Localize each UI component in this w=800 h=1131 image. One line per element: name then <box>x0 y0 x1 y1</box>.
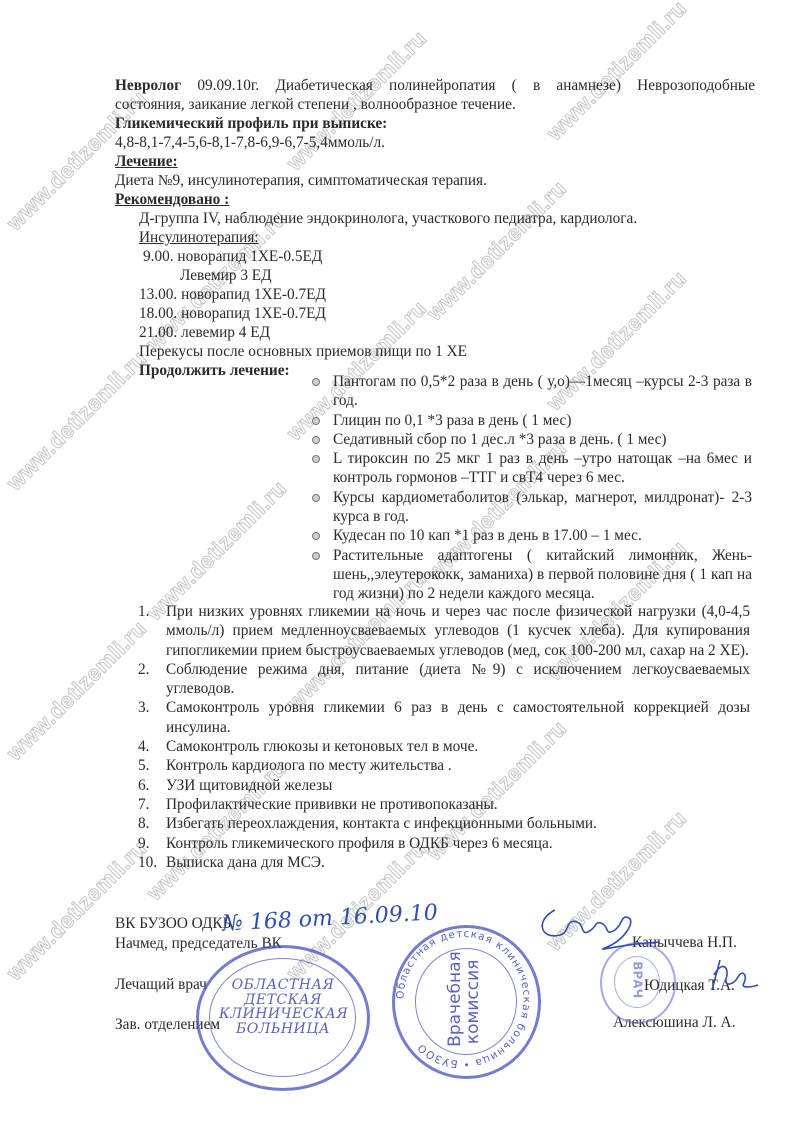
watermark-text: www.detizemli.ru <box>2 835 153 986</box>
recommendation-item: 3.Самоконтроль уровня гликемии 6 раз в д… <box>138 698 750 737</box>
item-number: 4. <box>138 737 149 756</box>
recommendation-item: 9.Контроль гликемического профиля в ОДКБ… <box>138 834 750 853</box>
recommendation-item: 2.Соблюдение режима дня, питание (диета … <box>138 660 750 699</box>
bullet-icon <box>312 436 320 444</box>
recommended-title: Рекомендовано : <box>115 190 229 209</box>
attending-doctor-label: Лечащий врач <box>115 976 207 994</box>
bullet-icon <box>312 378 320 386</box>
item-text: Избегать переохлаждения, контакта с инфе… <box>166 814 750 833</box>
commission-stamp-text: Врачебнаякомиссия <box>447 957 483 1047</box>
recommendation-item: 5.Контроль кардиолога по месту жительств… <box>138 756 750 775</box>
watermark-text: www.detizemli.ru <box>422 175 573 326</box>
watermark-text: www.detizemli.ru <box>2 345 153 496</box>
hospital-round-stamp: ОБЛАСТНАЯДЕТСКАЯКЛИНИЧЕСКАЯБОЛЬНИЦА <box>196 945 370 1091</box>
item-text: УЗИ щитовидной железы <box>166 776 750 795</box>
glycemic-profile-values: 4,8-8,1-7,4-5,6-8,1-7,8-6,9-6,7-5,4ммоль… <box>115 133 385 152</box>
recommendations-list: 1.При низких уровнях гликемии на ночь и … <box>138 602 750 872</box>
recommendation-item: 10.Выписка дана для МСЭ. <box>138 853 750 872</box>
commission-label: ВК БУЗОО ОДКБ <box>115 915 231 932</box>
item-number: 6. <box>138 776 149 795</box>
doctor-stamp-text: ВРАЧ <box>631 961 644 991</box>
item-text: Самоконтроль уровня гликемии 6 раз в ден… <box>166 698 750 737</box>
watermark-text: www.detizemli.ru <box>2 615 153 766</box>
item-text: Седативный сбор по 1 дес.л *3 раза в ден… <box>333 430 752 449</box>
recommendation-item: 7.Профилактические прививки не противопо… <box>138 795 750 814</box>
medical-commission-stamp: Областная детская клиническая больница •… <box>392 925 541 1079</box>
insulin-therapy-title: Инсулинотерапия: <box>139 228 259 247</box>
continue-treatment-item: Кудесан по 10 кап *1 раз в день в 17.00 … <box>312 526 752 545</box>
item-text: L тироксин по 25 мкг 1 раз в день –утро … <box>333 449 752 488</box>
item-text: Профилактические прививки не противопока… <box>166 795 750 814</box>
insulin-schedule-item: Левемир 3 ЕД <box>180 266 272 285</box>
stamp-line: ОБЛАСТНАЯ <box>219 978 347 993</box>
neurologist-text: 09.09.10г. Диабетическая полинейропатия … <box>181 77 755 94</box>
bullet-icon <box>312 532 320 540</box>
commission-line: ВК БУЗОО ОДКБ <box>115 915 231 933</box>
hospital-stamp-text: ОБЛАСТНАЯДЕТСКАЯКЛИНИЧЕСКАЯБОЛЬНИЦА <box>219 978 347 1037</box>
insulin-schedule-item: 21.00. левемир 4 ЕД <box>139 323 270 342</box>
chair-signature <box>525 900 665 960</box>
neurologist-line-1: Невролог 09.09.10г. Диабетическая полине… <box>115 76 755 95</box>
recommendation-item: 6.УЗИ щитовидной железы <box>138 776 750 795</box>
insulin-schedule-item: 18.00. новорапид 1ХЕ-0.7ЕД <box>139 304 326 323</box>
insulin-schedule-item: 9.00. новорапид 1ХЕ-0.5ЕД <box>143 247 322 266</box>
item-text: Соблюдение режима дня, питание (диета №9… <box>166 660 750 699</box>
recommendation-item: 1.При низких уровнях гликемии на ночь и … <box>138 602 750 660</box>
item-number: 1. <box>138 602 149 621</box>
item-number: 2. <box>138 660 149 679</box>
item-number: 7. <box>138 795 149 814</box>
recommendation-item: 8.Избегать переохлаждения, контакта с ин… <box>138 814 750 833</box>
discharge-summary-page: www.detizemli.ruwww.detizemli.ruwww.deti… <box>0 0 800 1131</box>
treatment-title: Лечение: <box>115 152 178 171</box>
bullet-icon <box>312 417 320 425</box>
watermark-text: www.detizemli.ru <box>542 0 693 146</box>
continue-treatment-item: Пантогам по 0,5*2 раза в день ( у,о)—1ме… <box>312 372 752 411</box>
item-text: Самоконтроль глюкозы и кетоновых тел в м… <box>166 737 750 756</box>
continue-treatment-item: Курсы кардиометаболитов (элькар, магнеро… <box>312 488 752 527</box>
continue-treatment-list: Пантогам по 0,5*2 раза в день ( у,о)—1ме… <box>312 372 752 604</box>
glycemic-profile-title: Гликемический профиль при выписке: <box>115 114 387 133</box>
item-number: 10. <box>138 853 157 872</box>
item-text: При низких уровнях гликемии на ночь и че… <box>166 602 750 660</box>
recommended-text: Д-группа IV, наблюдение эндокринолога, у… <box>139 209 637 228</box>
bullet-icon <box>312 494 320 502</box>
neurologist-label: Невролог <box>115 77 181 94</box>
bullet-icon <box>312 455 320 463</box>
continue-treatment-item: Глицин по 0,1 *3 раза в день ( 1 мес) <box>312 411 752 430</box>
treatment-text: Диета №9, инсулинотерапия, симптоматичес… <box>115 171 487 190</box>
item-text: Растительные адаптогены ( китайский лимо… <box>333 546 752 604</box>
snacks-note: Перекусы после основных приемов пищи по … <box>139 342 467 361</box>
continue-treatment-item: L тироксин по 25 мкг 1 раз в день –утро … <box>312 449 752 488</box>
item-number: 9. <box>138 834 149 853</box>
item-number: 3. <box>138 698 149 717</box>
item-text: Глицин по 0,1 *3 раза в день ( 1 мес) <box>333 411 752 430</box>
item-text: Выписка дана для МСЭ. <box>166 853 750 872</box>
recommendation-item: 4.Самоконтроль глюкозы и кетоновых тел в… <box>138 737 750 756</box>
item-text: Кудесан по 10 кап *1 раз в день в 17.00 … <box>333 526 752 545</box>
continue-treatment-title: Продолжить лечение: <box>139 361 290 380</box>
stamp-line: БОЛЬНИЦА <box>219 1022 347 1037</box>
bullet-icon <box>312 552 320 560</box>
stamp-line: КЛИНИЧЕСКАЯ <box>219 1007 347 1022</box>
item-number: 5. <box>138 756 149 775</box>
stamp-line: комиссия <box>465 957 483 1047</box>
item-text: Контроль гликемического профиля в ОДКБ ч… <box>166 834 750 853</box>
item-text: Курсы кардиометаболитов (элькар, магнеро… <box>333 488 752 527</box>
item-text: Пантогам по 0,5*2 раза в день ( у,о)—1ме… <box>333 372 752 411</box>
item-number: 8. <box>138 814 149 833</box>
neurologist-line-2: состояния, заикание легкой степени , вол… <box>115 95 516 114</box>
item-text: Контроль кардиолога по месту жительства … <box>166 756 750 775</box>
insulin-schedule-item: 13.00. новорапид 1ХЕ-0.7ЕД <box>139 285 326 304</box>
doctor-signature <box>700 955 760 1000</box>
stamp-line: ДЕТСКАЯ <box>219 993 347 1008</box>
continue-treatment-item: Седативный сбор по 1 дес.л *3 раза в ден… <box>312 430 752 449</box>
continue-treatment-item: Растительные адаптогены ( китайский лимо… <box>312 546 752 604</box>
